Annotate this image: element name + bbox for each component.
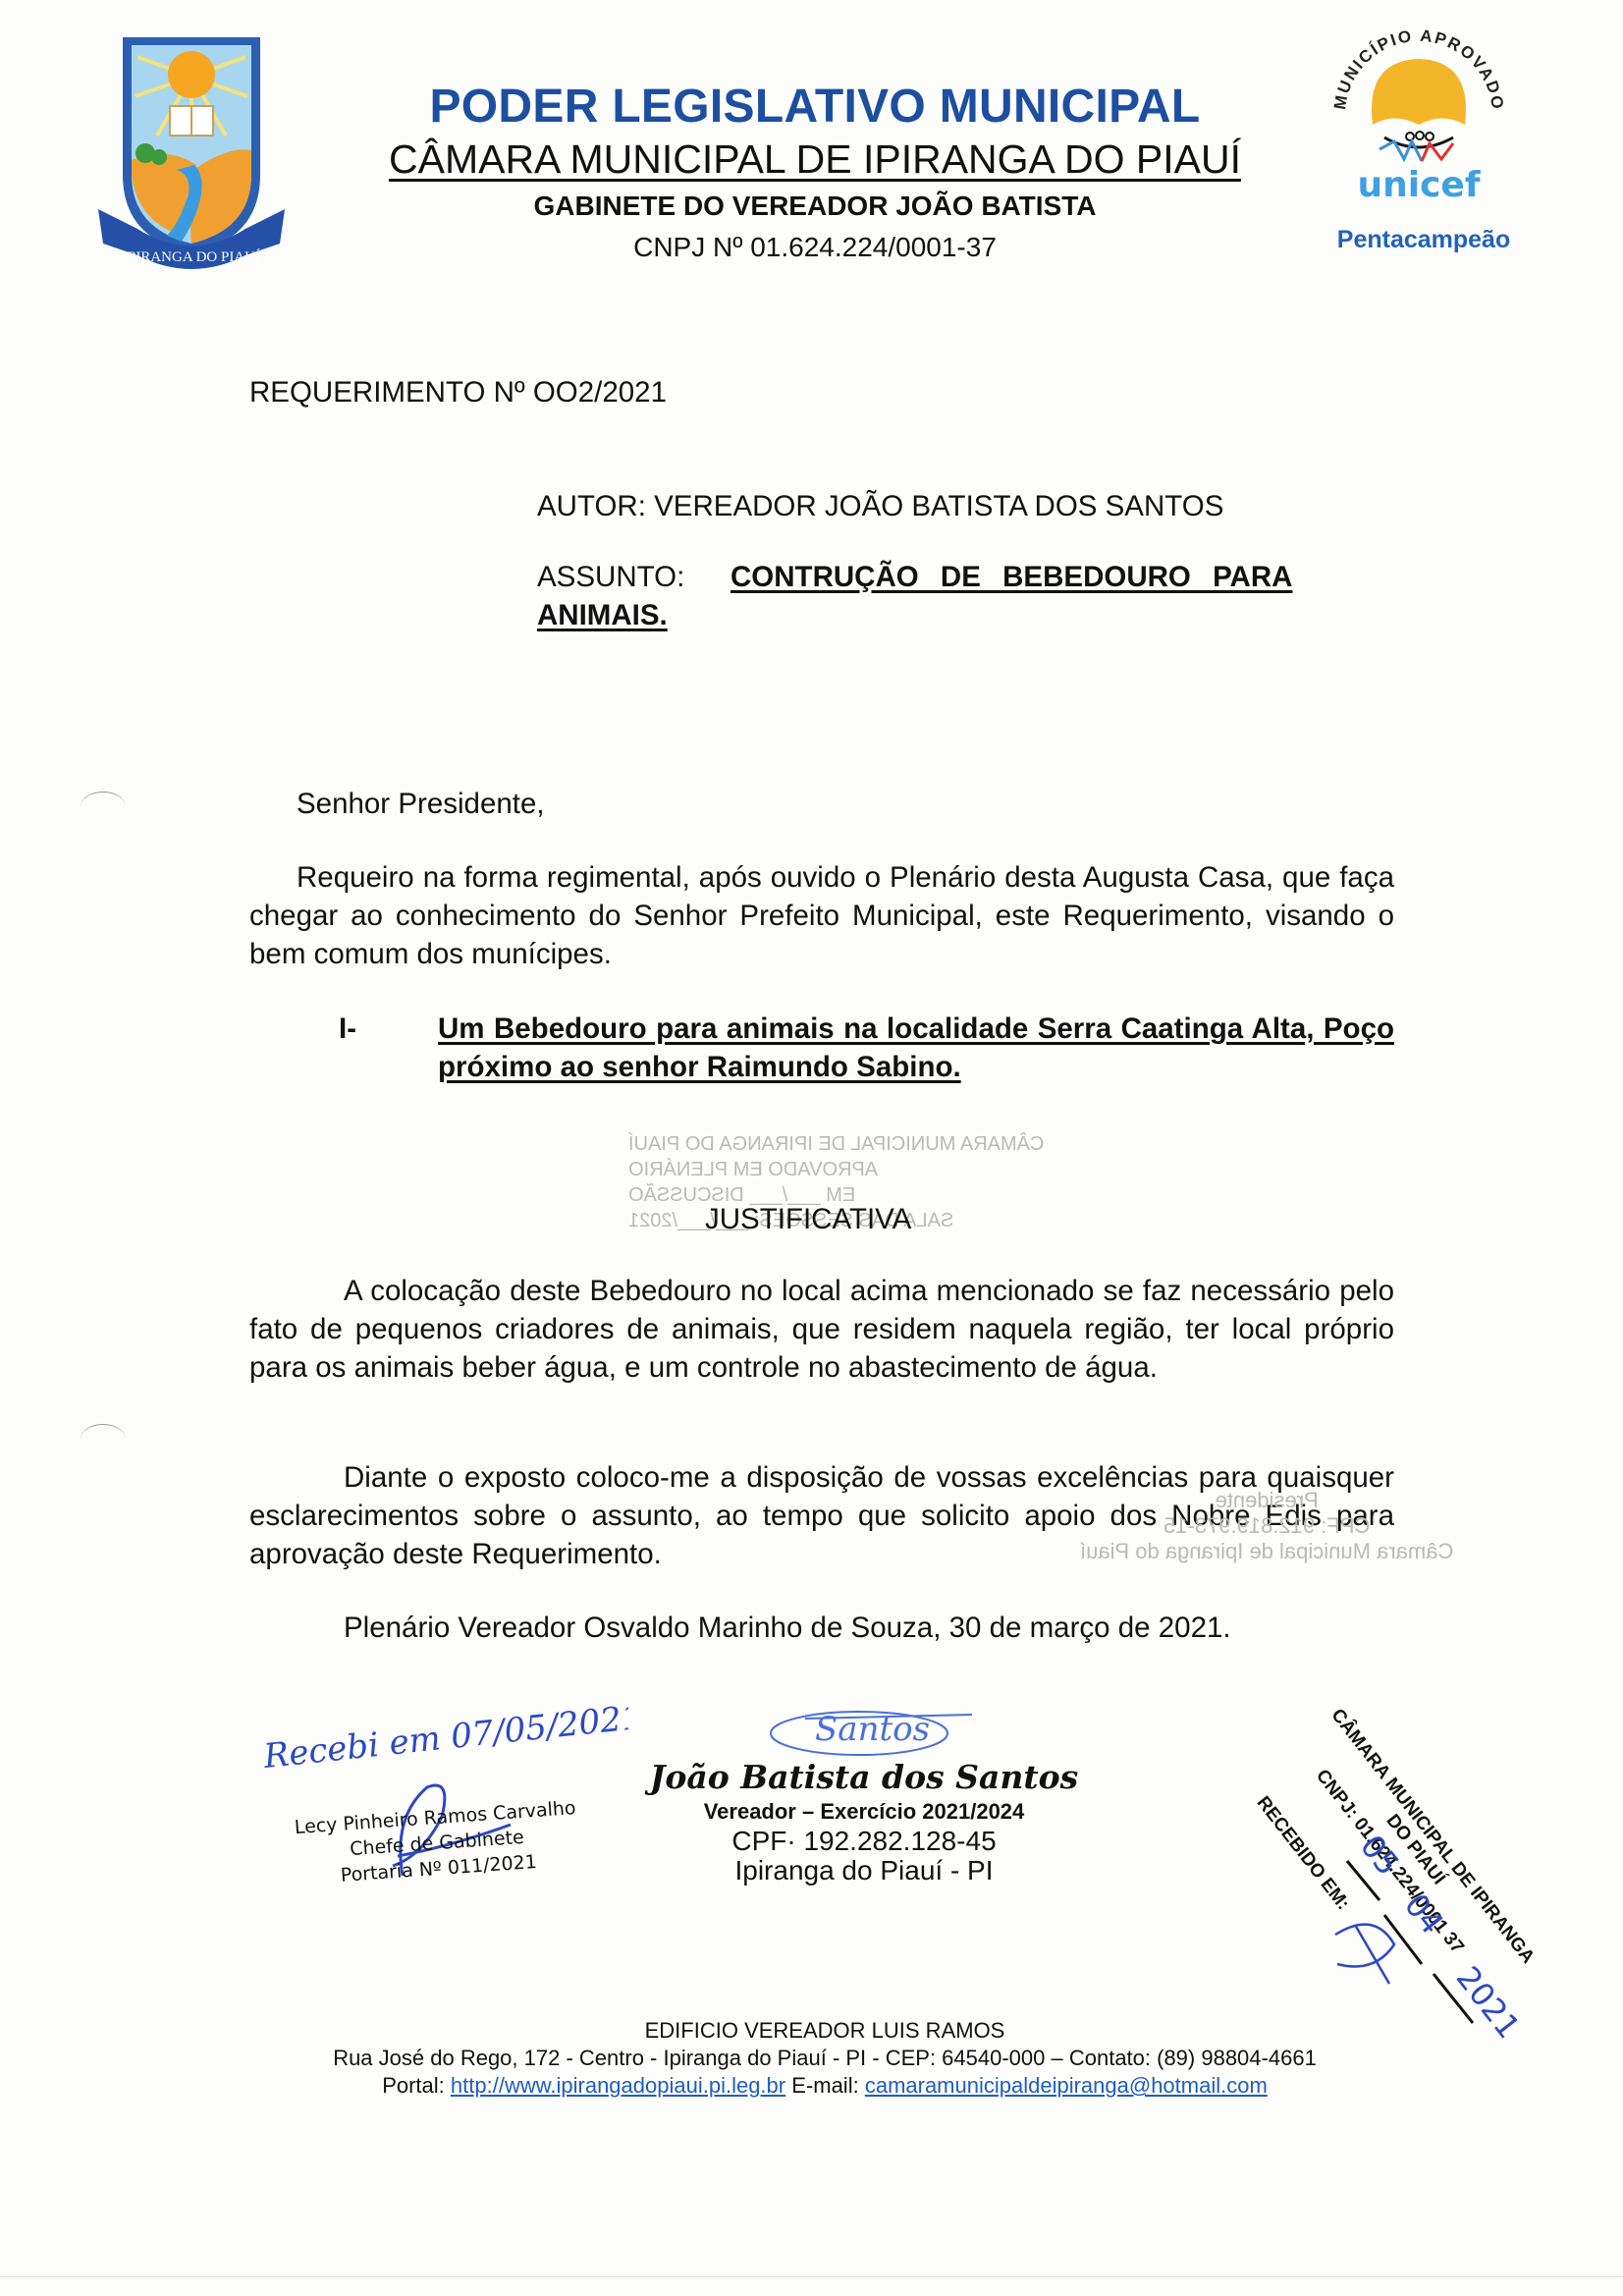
subject-line: ASSUNTO:CONTRUÇÃO DE BEBEDOURO PARA ANIM… <box>537 558 1394 634</box>
cnpj-number: CNPJ Nº 01.624.224/0001-37 <box>324 230 1306 265</box>
svg-text:Recebi em 07/05/2021: Recebi em 07/05/2021 <box>261 1699 628 1777</box>
punch-hole-mark <box>81 792 126 822</box>
email-label: E-mail: <box>791 2073 858 2098</box>
footer-address: Rua José do Rego, 172 - Centro - Ipirang… <box>236 2045 1414 2072</box>
svg-text:Santos: Santos <box>815 1710 930 1749</box>
legislative-title: PODER LEGISLATIVO MUNICIPAL <box>324 81 1306 134</box>
punch-hole-mark <box>81 1424 126 1454</box>
svg-text:IPIRANGA DO PIAUÍ: IPIRANGA DO PIAUÍ <box>123 248 260 265</box>
svg-text:unicef: unicef <box>1357 165 1480 205</box>
pentacampeao-label: Pentacampeão <box>1306 226 1542 254</box>
unicef-approved-badge: MUNICÍPIO APROVADO unicef <box>1316 22 1522 218</box>
salutation: Senhor Presidente, <box>297 785 545 823</box>
item-number: I- <box>339 1010 356 1048</box>
receipt-stamp-date: 05 04 2021 <box>1257 1689 1591 2043</box>
councilor-cpf: CPF· 192.282.128-45 <box>638 1827 1090 1856</box>
page-edge <box>0 2276 1623 2277</box>
request-number: REQUERIMENTO Nº OO2/2021 <box>249 373 667 411</box>
chamber-name: CÂMARA MUNICIPAL DE IPIRANGA DO PIAUÍ <box>324 136 1306 183</box>
letterhead-title-block: PODER LEGISLATIVO MUNICIPAL CÂMARA MUNIC… <box>324 81 1306 265</box>
paragraph-justification: A colocação deste Bebedouro no local aci… <box>249 1272 1394 1387</box>
footer-building: EDIFICIO VEREADOR LUIS RAMOS <box>236 2017 1414 2045</box>
place-and-date: Plenário Vereador Osvaldo Marinho de Sou… <box>344 1609 1231 1647</box>
councilor-name: João Batista dos Santos <box>638 1758 1090 1796</box>
councilor-details: Vereador – Exercício 2021/2024 CPF· 192.… <box>638 1797 1090 1886</box>
item-text: Um Bebedouro para animais na localidade … <box>438 1010 1394 1086</box>
councilor-role: Vereador – Exercício 2021/2024 <box>638 1797 1090 1827</box>
portal-label: Portal: <box>382 2073 445 2098</box>
portal-link[interactable]: http://www.ipirangadopiaui.pi.leg.br <box>451 2073 785 2098</box>
author-line: AUTOR: VEREADOR JOÃO BATISTA DOS SANTOS <box>537 487 1223 525</box>
subject-label: ASSUNTO: <box>537 558 730 596</box>
footer-contact: EDIFICIO VEREADOR LUIS RAMOS Rua José do… <box>236 2017 1414 2100</box>
justification-heading: JUSTIFICATIVA <box>705 1200 911 1238</box>
office-name: GABINETE DO VEREADOR JOÃO BATISTA <box>324 189 1306 224</box>
councilor-city: Ipiranga do Piauí - PI <box>638 1856 1090 1886</box>
councilor-handwritten-signature: Santos <box>648 1679 1080 1768</box>
footer-links: Portal: http://www.ipirangadopiaui.pi.le… <box>236 2072 1414 2100</box>
bleed-through-president-stamp: Presidente CPF: 912.819.973-15 Câmara Mu… <box>1080 1488 1453 1564</box>
paragraph-request: Requeiro na forma regimental, após ouvid… <box>249 858 1394 973</box>
municipal-crest-logo: IPIRANGA DO PIAUÍ <box>69 27 314 283</box>
email-link[interactable]: camaramunicipaldeipiranga@hotmail.com <box>865 2073 1268 2098</box>
